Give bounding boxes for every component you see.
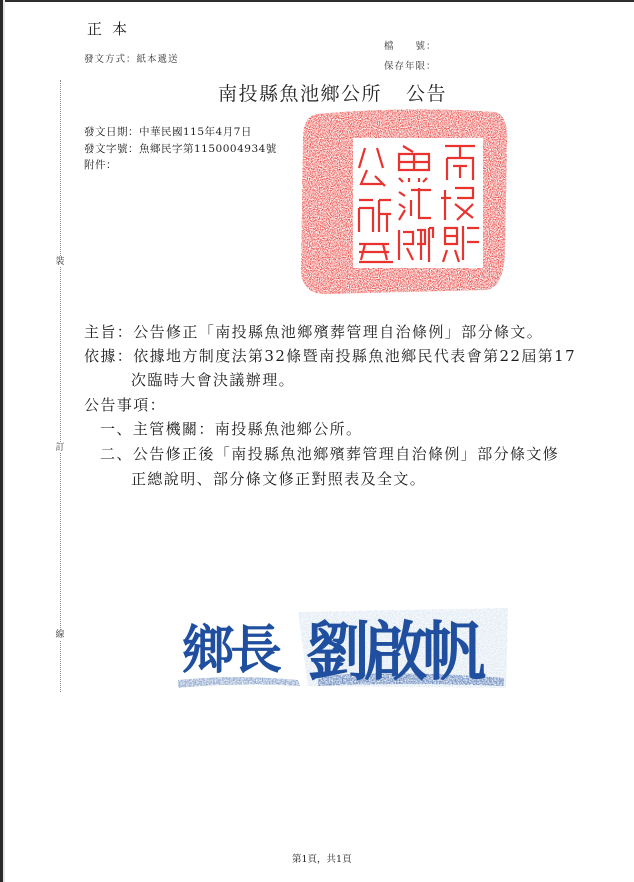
- announcement-item-2-line-1: 二、公告修正後「南投縣魚池鄉殯葬管理自治條例」部分條文修: [100, 443, 559, 464]
- page-number: 第1頁，共1頁: [292, 851, 352, 865]
- file-number-label: 檔 號：: [384, 41, 437, 52]
- binding-label-ding: 訂: [53, 443, 67, 453]
- signature-name: 劉啟帆: [306, 616, 486, 690]
- page-edge-shadow: [3, 0, 5, 882]
- mayor-signature-stamp: 鄉長 劉啟帆: [178, 600, 508, 692]
- basis-line-2: 次臨時大會決議辦理。: [131, 369, 295, 390]
- binding-label-zhuang: 裝: [53, 257, 67, 267]
- title-type: 公告: [406, 83, 447, 105]
- retention-label: 保存年限：: [384, 61, 437, 72]
- subject-line: 主旨：公告修正「南投縣魚池鄉殯葬管理自治條例」部分條文。: [84, 321, 543, 342]
- official-seal-icon: [295, 104, 510, 296]
- signature-title: 鄉長: [182, 621, 281, 681]
- document-title: 南投縣魚池鄉公所公告: [218, 79, 447, 106]
- binding-dotted-line: [60, 80, 61, 692]
- issue-number: 發文字號：魚鄉民字第1150004934號: [84, 141, 277, 156]
- issue-date: 發文日期：中華民國115年4月7日: [84, 124, 252, 139]
- title-organization: 南投縣魚池鄉公所: [218, 83, 382, 105]
- retention-field: 保存年限：: [384, 58, 437, 72]
- announcement-item-2-line-2: 正總說明、部分條文修正對照表及全文。: [131, 468, 426, 489]
- announcement-heading: 公告事項：: [84, 394, 166, 415]
- binding-label-xian: 線: [53, 630, 67, 640]
- file-number-field: 檔 號：: [384, 38, 437, 52]
- send-method: 發文方式：紙本遞送: [84, 51, 179, 65]
- attachment-label: 附件：: [84, 157, 117, 172]
- announcement-item-1: 一、主管機關：南投縣魚池鄉公所。: [100, 418, 362, 439]
- viewer-top-border: [0, 0, 634, 2]
- copy-type-label: 正本: [87, 18, 137, 39]
- basis-line-1: 依據：依據地方制度法第32條暨南投縣魚池鄉民代表會第22屆第17: [84, 345, 576, 366]
